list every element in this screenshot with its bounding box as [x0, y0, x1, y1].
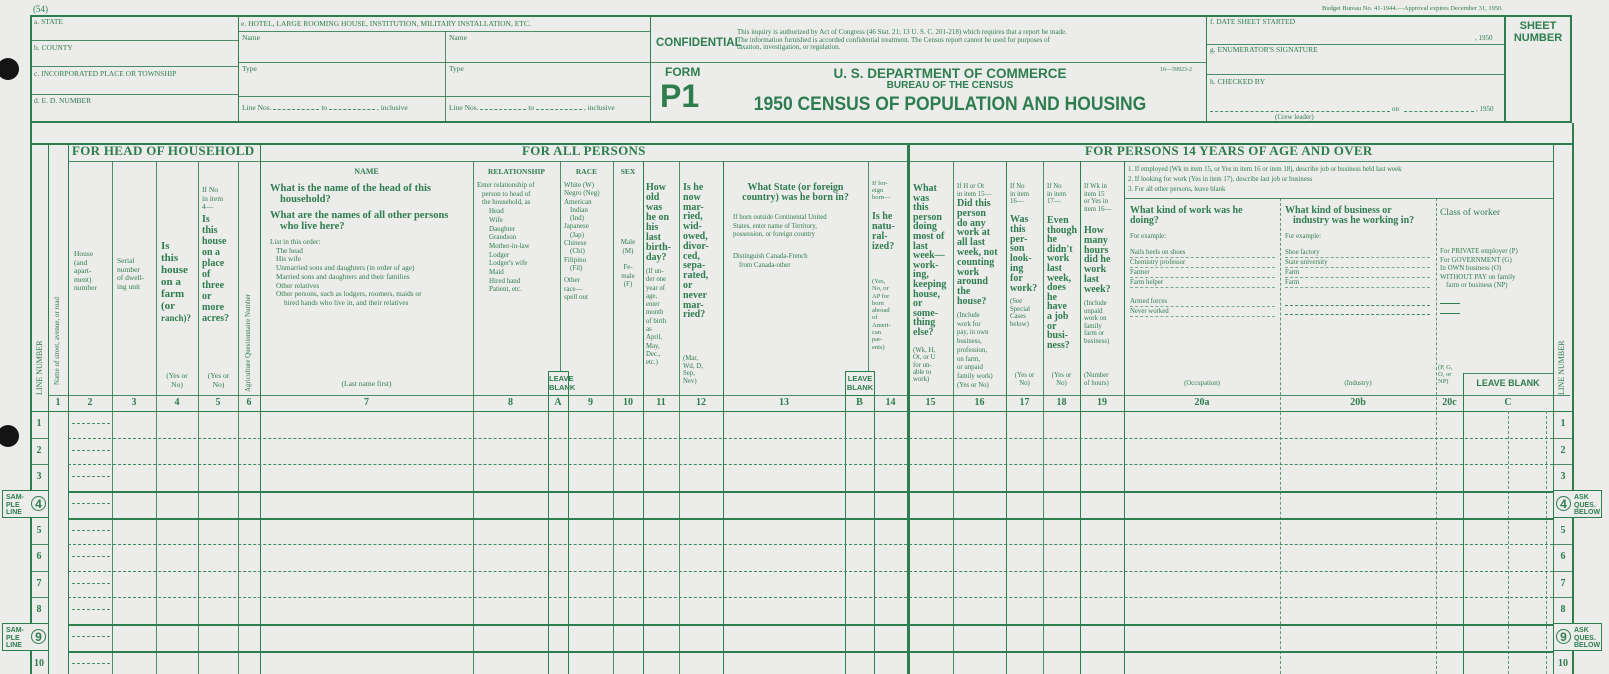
col13-instruction: If born outside Continental UnitedStates…	[733, 214, 827, 240]
row-number: 10	[1554, 658, 1572, 669]
line-number-label-left: LINE NUMBER	[35, 341, 44, 395]
row-number: 8	[1554, 604, 1572, 615]
col20a-footnote: (Occupation)	[1124, 380, 1280, 389]
checked-by-field[interactable]: h. CHECKED BY	[1210, 78, 1265, 87]
hotel-label: e. HOTEL, LARGE ROOMING HOUSE, INSTITUTI…	[241, 20, 531, 29]
date-started-field[interactable]: f. DATE SHEET STARTED	[1210, 18, 1295, 27]
col20a-examples: Nails heels on shoes Chemistry professor…	[1130, 248, 1275, 317]
table-row[interactable]	[48, 438, 1553, 464]
print-code: 16—59923-2	[1160, 66, 1192, 75]
col18-answer: (Yes orNo)	[1043, 372, 1080, 387]
street-name-label: Name of street, avenue, or road	[53, 297, 61, 385]
col14-precondition: If for-eignborn—	[872, 181, 890, 201]
col20-instructions: 1. If employed (Wk in item 15, or Yes in…	[1128, 165, 1402, 195]
ask-questions-4-right: 4 ASKQUES.BELOW	[1553, 490, 1602, 518]
punch-hole-icon	[0, 58, 19, 80]
leave-blank-a: LEAVEBLANK	[548, 371, 569, 396]
date-year: , 1950	[1475, 34, 1493, 43]
crew-leader-label: (Crew leader)	[1275, 113, 1314, 122]
line-nos-2[interactable]: Line Nos. to , inclusive	[449, 104, 615, 113]
sample-row-number: 9	[1556, 629, 1571, 644]
census-title: 1950 CENSUS OF POPULATION AND HOUSING	[748, 95, 1153, 115]
agriculture-questionnaire-label: Agriculture Questionnaire Number	[244, 294, 252, 392]
col3-header: Serialnumberof dwell-ing unit	[117, 257, 144, 291]
col5-precondition: If Noin item4—	[202, 186, 223, 212]
enumerator-signature-field[interactable]: g. ENUMERATOR'S SIGNATURE	[1210, 46, 1318, 55]
col7-list: List in this order: The head His wife Un…	[270, 238, 422, 308]
col19-question: Howmanyhoursdid heworklastweek?	[1084, 226, 1111, 295]
col20c-options: For PRIVATE employer (P)For GOVERNMENT (…	[1440, 247, 1518, 290]
col20b-examples: Shoe factory State university Farm Farm	[1285, 248, 1430, 288]
department-title: U. S. DEPARTMENT OF COMMERCE	[760, 67, 1140, 81]
col10-title: SEX	[613, 167, 643, 177]
form-code: (54)	[33, 5, 48, 14]
place-field[interactable]: c. INCORPORATED PLACE OR TOWNSHIP	[34, 70, 176, 79]
table-row[interactable]	[48, 571, 1553, 597]
section-all-persons: FOR ALL PERSONS	[522, 146, 646, 156]
section-over-14: FOR PERSONS 14 YEARS OF AGE AND OVER	[1085, 146, 1373, 156]
state-field[interactable]: a. STATE	[34, 18, 63, 27]
row-number: 2	[1554, 445, 1572, 456]
col19-note: (Includeunpaidwork onfamilyfarm orbusine…	[1084, 300, 1109, 345]
col7-title: NAME	[260, 167, 473, 177]
col20b-example-label: For example:	[1285, 233, 1321, 242]
row-number: 7	[1554, 578, 1572, 589]
col7-question-1: What is the name of the head of thishous…	[270, 183, 431, 205]
budget-notice: Budget Bureau No. 41-1944.—Approval expi…	[1322, 5, 1503, 14]
col16-answer: (Includework forpay, in ownbusiness,prof…	[957, 312, 993, 390]
col18-precondition: If Noin item17—	[1047, 183, 1066, 206]
section-head-of-household: FOR HEAD OF HOUSEHOLD	[72, 146, 254, 156]
col15-question: Whatwasthispersondoingmost oflastweek—wo…	[913, 184, 946, 338]
col7-question-2: What are the names of all other personsw…	[270, 210, 448, 232]
sheet-number-label: SHEET NUMBER	[1504, 20, 1572, 44]
col10-list: Male(M) Fe-male(F)	[613, 238, 643, 289]
col12-answer: (Mar,Wd, D,Sep,Nev)	[683, 355, 703, 385]
col15-answer: (Wk, H,Ot, or Ufor un-able towork)	[913, 347, 935, 383]
line-nos-1[interactable]: Line Nos. to , inclusive	[242, 104, 408, 113]
sample-row-number: 4	[31, 496, 46, 511]
table-row[interactable]	[48, 518, 1553, 544]
row-number: 6	[1554, 551, 1572, 562]
ask-questions-9-right: 9 ASKQUES.BELOW	[1553, 623, 1602, 651]
col4-question: Isthishouseon afarm(orranch)?	[161, 240, 191, 324]
table-row[interactable]	[48, 464, 1553, 491]
row-number: 6	[30, 551, 48, 562]
col5-question: Isthishouseon aplaceofthreeormoreacres?	[202, 214, 229, 324]
col5-answer: (Yes orNo)	[199, 372, 238, 389]
row-number: 1	[30, 418, 48, 429]
col18-question: Eventhoughhedidn'tworklastweek,doeshehav…	[1047, 216, 1077, 350]
col8-title: RELATIONSHIP	[473, 167, 560, 177]
col14-answer: (Yes,No, orAP forbornabroadofAmeri-canpa…	[872, 278, 891, 351]
bureau-title: BUREAU OF THE CENSUS	[760, 81, 1140, 91]
col4-answer: (Yes orNo)	[157, 372, 197, 389]
table-row[interactable]	[48, 544, 1553, 571]
col20a-example-label: For example:	[1130, 233, 1166, 242]
col8-list: Enter relationship of person to head of …	[477, 181, 535, 294]
col16-precondition: If H or Otin item 15—	[957, 183, 991, 198]
col16-question: Did thispersondo anywork atall lastweek,…	[957, 199, 998, 307]
col20a-question: What kind of work was hedoing?	[1130, 206, 1243, 226]
sample-line-4-left: SAM-PLELINE 4	[2, 490, 49, 518]
row-number: 3	[30, 471, 48, 482]
col11-answer: (If un-der oneyear ofage,entermonthof bi…	[646, 268, 666, 368]
row-number: 5	[1554, 525, 1572, 536]
col11-question: Howoldwashe onhislastbirth-day?	[646, 183, 671, 263]
row-number: 8	[30, 604, 48, 615]
col19-precondition: If Wk initem 15or Yes initem 16—	[1084, 183, 1111, 213]
col14-question: Is henatu-ral-ized?	[872, 212, 895, 252]
confidential-notice: This inquiry is authorized by Act of Con…	[737, 29, 1067, 52]
col19-answer: (Numberof hours)	[1084, 372, 1109, 387]
leave-blank-c: LEAVE BLANK	[1463, 378, 1553, 388]
row-number: 1	[1554, 418, 1572, 429]
ed-number-field[interactable]: d. E. D. NUMBER	[34, 97, 91, 106]
row-number: 5	[30, 525, 48, 536]
col20c-answer: (P, G,O, orNP)	[1438, 364, 1453, 385]
table-row[interactable]	[48, 597, 1553, 624]
sample-line-9-left: SAM-PLELINE 9	[2, 623, 49, 651]
hotel-name-2[interactable]: Name	[449, 34, 467, 43]
col13-distinguish: Distinguish Canada-Frenchfrom Canada-oth…	[733, 253, 808, 270]
line-number-label-right: LINE NUMBER	[1557, 341, 1566, 395]
col20b-footnote: (Industry)	[1280, 380, 1436, 389]
checked-year: , 1950	[1476, 105, 1494, 114]
row-number: 7	[30, 578, 48, 589]
hotel-type-1[interactable]: Type	[242, 65, 257, 74]
col17-note: (SeeSpecialCasesbelow)	[1010, 298, 1030, 328]
col7-footnote: (Last name first)	[260, 380, 473, 389]
row-number: 10	[30, 658, 48, 669]
table-left-border	[30, 123, 32, 674]
county-field[interactable]: b. COUNTY	[34, 44, 73, 53]
col12-question: Is henowmar-ried,wid-owed,divor-ced,sepa…	[683, 183, 709, 320]
col17-answer: (Yes orNo)	[1006, 372, 1043, 387]
table-row-sample[interactable]	[48, 491, 1553, 518]
sample-row-number: 4	[1556, 496, 1571, 511]
row-number: 2	[30, 445, 48, 456]
confidential-label: CONFIDENTIAL	[656, 37, 742, 49]
row-number: 3	[1554, 471, 1572, 482]
col2-header: House(andapart-ment)number	[74, 250, 97, 293]
col9-title: RACE	[560, 167, 613, 177]
col17-question: Wasthisper-sonlook-ingforwork?	[1010, 215, 1037, 293]
table-row[interactable]	[48, 411, 1553, 438]
col20b-question: What kind of business orindustry was he …	[1285, 206, 1414, 226]
punch-hole-icon	[0, 425, 19, 447]
hotel-type-2[interactable]: Type	[449, 65, 464, 74]
on-label: on	[1392, 105, 1399, 114]
sample-row-number: 9	[31, 629, 46, 644]
table-row[interactable]	[48, 651, 1553, 674]
form-number: P1	[660, 80, 699, 112]
table-right-border	[1572, 123, 1574, 674]
leave-blank-b: LEAVEBLANK	[845, 371, 875, 396]
data-grid	[48, 411, 1553, 674]
col20c-title: Class of worker	[1440, 208, 1500, 218]
col17-precondition: If Noin item16—	[1010, 183, 1029, 206]
table-row-sample[interactable]	[48, 624, 1553, 651]
hotel-name-1[interactable]: Name	[242, 34, 260, 43]
col13-question: What State (or foreigncountry) was he bo…	[723, 183, 868, 203]
form-label: FORM	[665, 67, 700, 77]
col9-list: White (W) Negro (Neg) American Indian (I…	[564, 181, 600, 301]
